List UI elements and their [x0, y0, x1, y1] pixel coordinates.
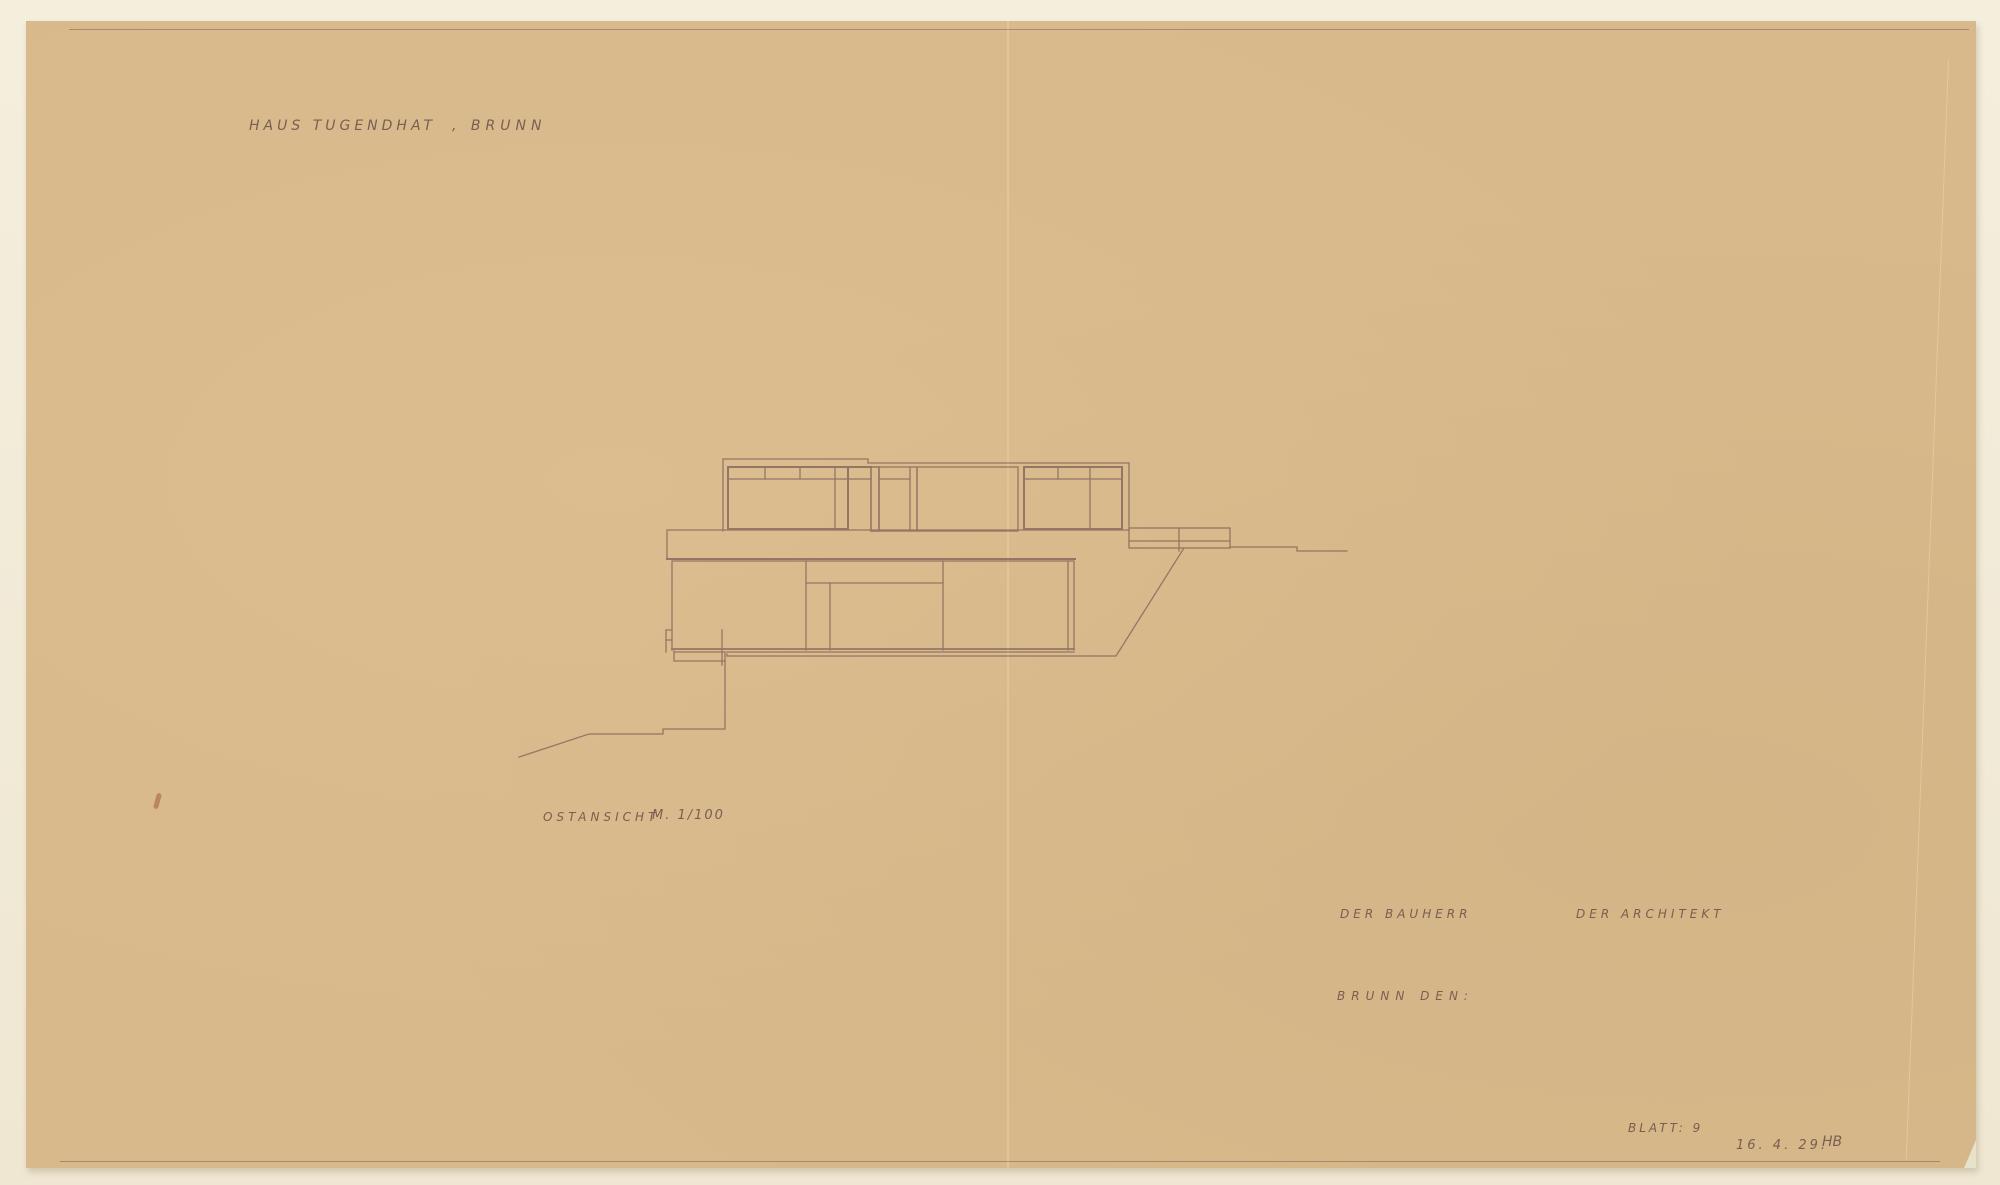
title-separator: ,	[452, 118, 461, 134]
drawing-date: 16. 4. 29.	[1736, 1138, 1828, 1153]
scale-label: M. 1/100	[652, 808, 725, 823]
project-city: , BRUNN	[452, 118, 546, 134]
architect-signature-label: DER ARCHITEKT	[1576, 907, 1725, 921]
client-signature-label: DER BAUHERR	[1340, 907, 1471, 921]
view-label: OSTANSICHT	[543, 810, 659, 824]
sheet-number: BLATT: 9	[1628, 1121, 1703, 1135]
top-border-line	[69, 29, 1969, 30]
tracing-paper-sheet	[26, 21, 1976, 1168]
torn-corner	[1964, 1140, 1976, 1168]
city-name: BRUNN	[471, 118, 547, 134]
project-title: HAUS TUGENDHAT	[249, 118, 436, 134]
drafter-initials: HB	[1822, 1134, 1842, 1150]
center-fold-crease	[1007, 21, 1009, 1168]
bottom-border-line	[60, 1161, 1940, 1162]
place-date-label: BRUNN DEN:	[1337, 989, 1474, 1003]
